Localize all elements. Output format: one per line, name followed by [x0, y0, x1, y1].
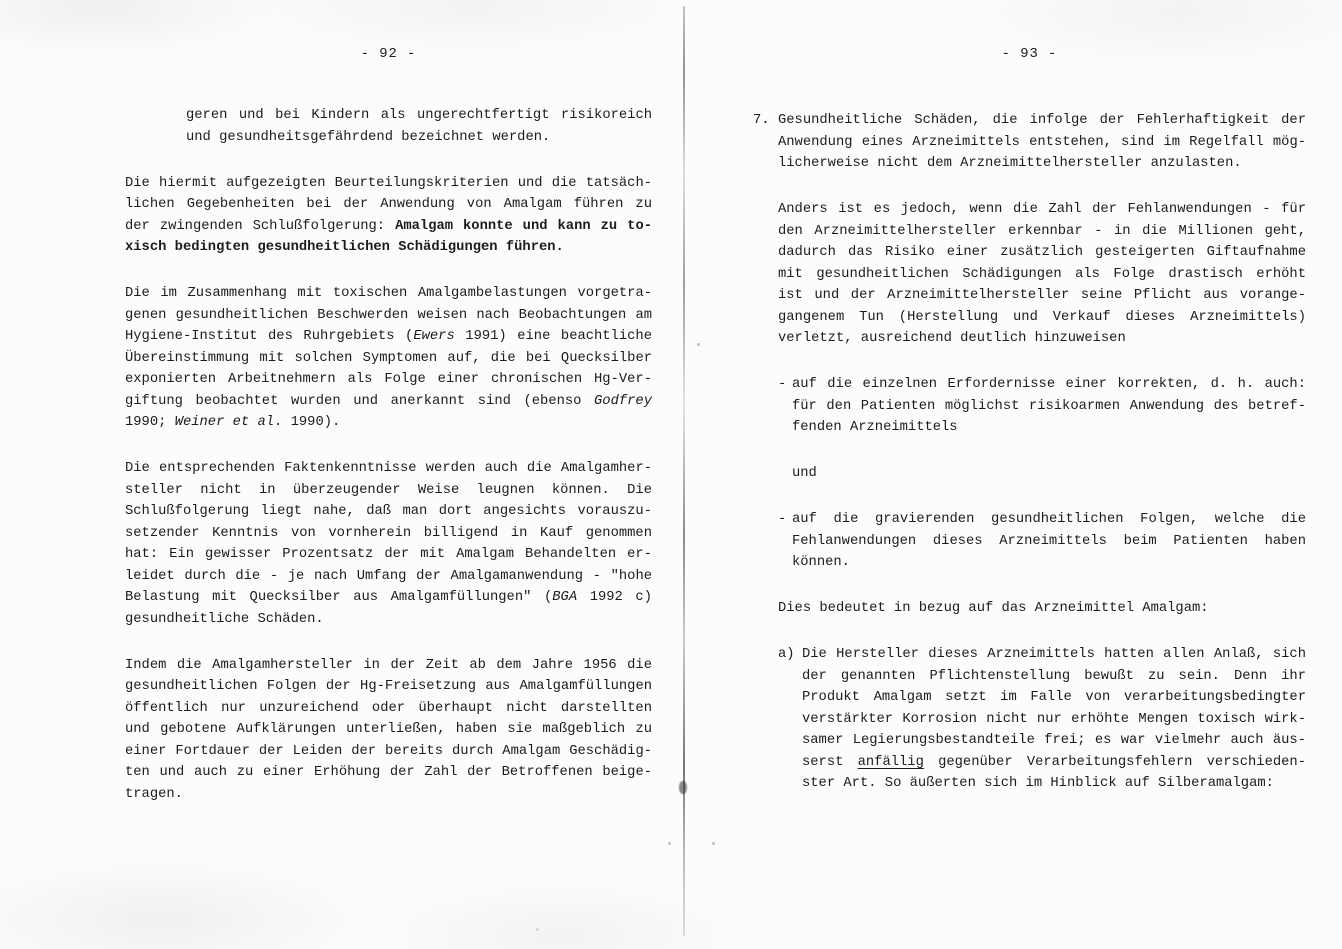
text-line: den Arzneimittelhersteller erkennbar - i… — [778, 221, 1306, 243]
text-line: giftung beobachtet wurden und anerkannt … — [125, 391, 652, 413]
text-line: und — [792, 463, 1306, 485]
text-line: Indem die Amalgamhersteller in der Zeit … — [125, 655, 652, 677]
page-number-left: - 92 - — [125, 44, 652, 66]
text-line: dadurch das Risiko einer zusätzlich gest… — [778, 242, 1306, 264]
text-line: Die entsprechenden Faktenkenntnisse werd… — [125, 458, 652, 480]
page-93: - 93 - 7.Gesundheitliche Schäden, die in… — [753, 0, 1306, 949]
text-line: auf die gravierenden gesundheitlichen Fo… — [792, 509, 1306, 531]
text-line: Fehlanwendungen dieses Arzneimittels bei… — [792, 531, 1306, 553]
text-line: verstärkter Korrosion nicht nur erhöhte … — [802, 709, 1306, 731]
quoted-paragraph: geren und bei Kindern als ungerechtferti… — [125, 105, 652, 148]
paragraph: Anders ist es jedoch, wenn die Zahl der … — [753, 199, 1306, 350]
text-line: xisch bedingten gesundheitlichen Schädig… — [125, 237, 652, 259]
scan-speck — [697, 343, 700, 346]
connector-word: und — [753, 463, 1306, 485]
text-line: Gesundheitliche Schäden, die infolge der… — [778, 110, 1306, 132]
text-line: gangenem Tun (Herstellung und Verkauf di… — [778, 307, 1306, 329]
text-line: Die hiermit aufgezeigten Beurteilungskri… — [125, 173, 652, 195]
text-line: setzender Kenntnis von vornherein billig… — [125, 523, 652, 545]
text-line: licherweise nicht dem Arzneimittelherste… — [778, 153, 1306, 175]
text-line: gesundheitliche Schäden. — [125, 609, 652, 631]
paragraph: Die hiermit aufgezeigten Beurteilungskri… — [125, 173, 652, 259]
text-line: genen gesundheitlichen Beschwerden weise… — [125, 305, 652, 327]
text-line: tragen. — [125, 784, 652, 806]
text-line: Belastung mit Quecksilber aus Amalgamfül… — [125, 587, 652, 609]
text-line: einer Fortdauer der Leiden der bereits d… — [125, 741, 652, 763]
list-marker: a) — [778, 644, 795, 666]
list-marker: 7. — [753, 110, 770, 132]
lettered-item: a)Die Hersteller dieses Arzneimittels ha… — [753, 644, 1306, 795]
page-number-right: - 93 - — [753, 44, 1306, 66]
text-line: lichen Gegebenheiten bei der Anwendung v… — [125, 194, 652, 216]
text-line: mit gesundheitlichen Schädigungen als Fo… — [778, 264, 1306, 286]
text-line: Schlußfolgerung liegt nahe, daß man dort… — [125, 501, 652, 523]
text-line: samer Legierungsbestandteile frei; es wa… — [802, 730, 1306, 752]
text-line: exponierten Arbeitnehmern als Folge eine… — [125, 369, 652, 391]
text-line: ten und auch zu einer Erhöhung der Zahl … — [125, 762, 652, 784]
text-line: der genannten Pflichtenstellung bewußt z… — [802, 666, 1306, 688]
text-line: öffentlich nur unzureichend oder überhau… — [125, 698, 652, 720]
text-line: ster Art. So äußerten sich im Hinblick a… — [802, 773, 1306, 795]
text-line: Dies bedeutet in bezug auf das Arzneimit… — [778, 598, 1306, 620]
text-line: Anders ist es jedoch, wenn die Zahl der … — [778, 199, 1306, 221]
page-fold-divider — [683, 6, 685, 936]
text-line: Die Hersteller dieses Arzneimittels hatt… — [802, 644, 1306, 666]
text-line: Übereinstimmung mit solchen Symptomen au… — [125, 348, 652, 370]
list-marker: - — [778, 509, 786, 531]
text-line: Produkt Amalgam setzt im Falle von verar… — [802, 687, 1306, 709]
page-body-right: 7.Gesundheitliche Schäden, die infolge d… — [753, 110, 1306, 819]
text-line: der zwingenden Schlußfolgerung: Amalgam … — [125, 216, 652, 238]
text-line: leidet durch die - je nach Umfang der Am… — [125, 566, 652, 588]
text-line: steller nicht in überzeugender Weise leu… — [125, 480, 652, 502]
paragraph: Die entsprechenden Faktenkenntnisse werd… — [125, 458, 652, 630]
text-line: Die im Zusammenhang mit toxischen Amalga… — [125, 283, 652, 305]
text-line: serst anfällig gegenüber Verarbeitungsfe… — [802, 752, 1306, 774]
text-line: gesundheitlichen Folgen der Hg-Freisetzu… — [125, 676, 652, 698]
paragraph: Dies bedeutet in bezug auf das Arzneimit… — [753, 598, 1306, 620]
text-line: können. — [792, 552, 1306, 574]
scan-speck — [668, 842, 671, 845]
text-line: 1990; Weiner et al. 1990). — [125, 412, 652, 434]
text-line: geren und bei Kindern als ungerechtferti… — [186, 105, 652, 127]
paragraph: Indem die Amalgamhersteller in der Zeit … — [125, 655, 652, 806]
text-line: Anwendung eines Arzneimittels entstehen,… — [778, 132, 1306, 154]
scan-speck — [712, 842, 715, 845]
text-line: verletzt, ausreichend deutlich hinzuweis… — [778, 328, 1306, 350]
text-line: und gesundheitsgefährdend bezeichnet wer… — [186, 127, 652, 149]
paragraph: Die im Zusammenhang mit toxischen Amalga… — [125, 283, 652, 434]
bullet-item: -auf die einzelnen Erfordernisse einer k… — [753, 374, 1306, 439]
text-line: und gebotene Aufklärungen unterließen, h… — [125, 719, 652, 741]
text-line: hat: Ein gewisser Prozentsatz der mit Am… — [125, 544, 652, 566]
text-line: Hygiene-Institut des Ruhrgebiets (Ewers … — [125, 326, 652, 348]
text-line: ist und der Arzneimittelhersteller seine… — [778, 285, 1306, 307]
page-body-left: geren und bei Kindern als ungerechtferti… — [125, 105, 652, 830]
text-line: für den Patienten möglichst risikoarmen … — [792, 396, 1306, 418]
text-line: fenden Arzneimittels — [792, 417, 1306, 439]
scan-speck — [536, 928, 539, 931]
list-marker: - — [778, 374, 786, 396]
numbered-item: 7.Gesundheitliche Schäden, die infolge d… — [753, 110, 1306, 175]
page-92: - 92 - geren und bei Kindern als ungerec… — [125, 0, 652, 949]
bullet-item: -auf die gravierenden gesundheitlichen F… — [753, 509, 1306, 574]
text-line: auf die einzelnen Erfordernisse einer ko… — [792, 374, 1306, 396]
scan-smudge — [679, 781, 687, 794]
scanned-document-spread: - 92 - geren und bei Kindern als ungerec… — [0, 0, 1342, 949]
